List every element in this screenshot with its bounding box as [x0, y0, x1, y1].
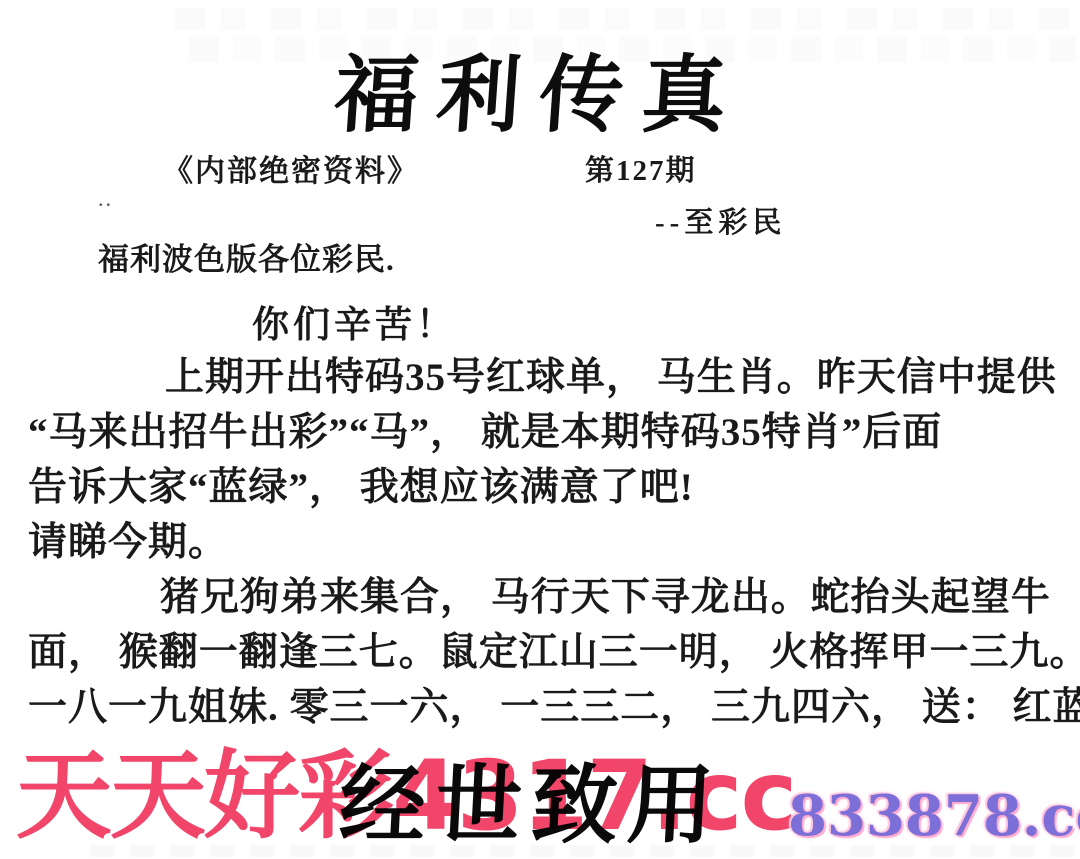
fax-document-page: 福利传真 《内部绝密资料》 第127期 .. --至彩民 福利波色版各位彩民. …: [0, 0, 1080, 859]
stray-dots-mark: ..: [98, 186, 113, 212]
classification-label: 《内部绝密资料》: [163, 146, 419, 190]
body-line: 一八一九姐妹. 零三一六， 一三三二， 三九四六， 送： 红蓝: [28, 680, 1068, 735]
body-line: 告诉大家“蓝绿”， 我想应该满意了吧!: [28, 460, 1068, 515]
letter-body: 上期开出特码35号红球单， 马生肖。昨天信中提供 “马来出招牛出彩”“马”， 就…: [28, 350, 1068, 735]
body-line: 上期开出特码35号红球单， 马生肖。昨天信中提供: [28, 350, 1068, 405]
watermark-site-primary: 天天好彩4317.cc: [16, 748, 795, 844]
body-line: 面， 猴翻一翻逢三七。鼠定江山三一明， 火格挥甲一三九。: [28, 625, 1068, 680]
document-title: 福利传真: [0, 28, 1080, 149]
dedication-line: --至彩民: [655, 200, 786, 241]
watermark-site-secondary: 833878.com: [788, 788, 1080, 844]
greeting-line: 你们辛苦！: [252, 294, 457, 348]
body-line: “马来出招牛出彩”“马”， 就是本期特码35特肖”后面: [28, 405, 1068, 460]
body-line: 猪兄狗弟来集合， 马行天下寻龙出。蛇抬头起望牛: [28, 570, 1068, 625]
body-line: 请睇今期。: [28, 515, 1068, 570]
salutation-line: 福利波色版各位彩民.: [98, 234, 395, 279]
scan-noise-top: [175, 8, 1076, 30]
issue-number: 第127期: [585, 148, 697, 189]
